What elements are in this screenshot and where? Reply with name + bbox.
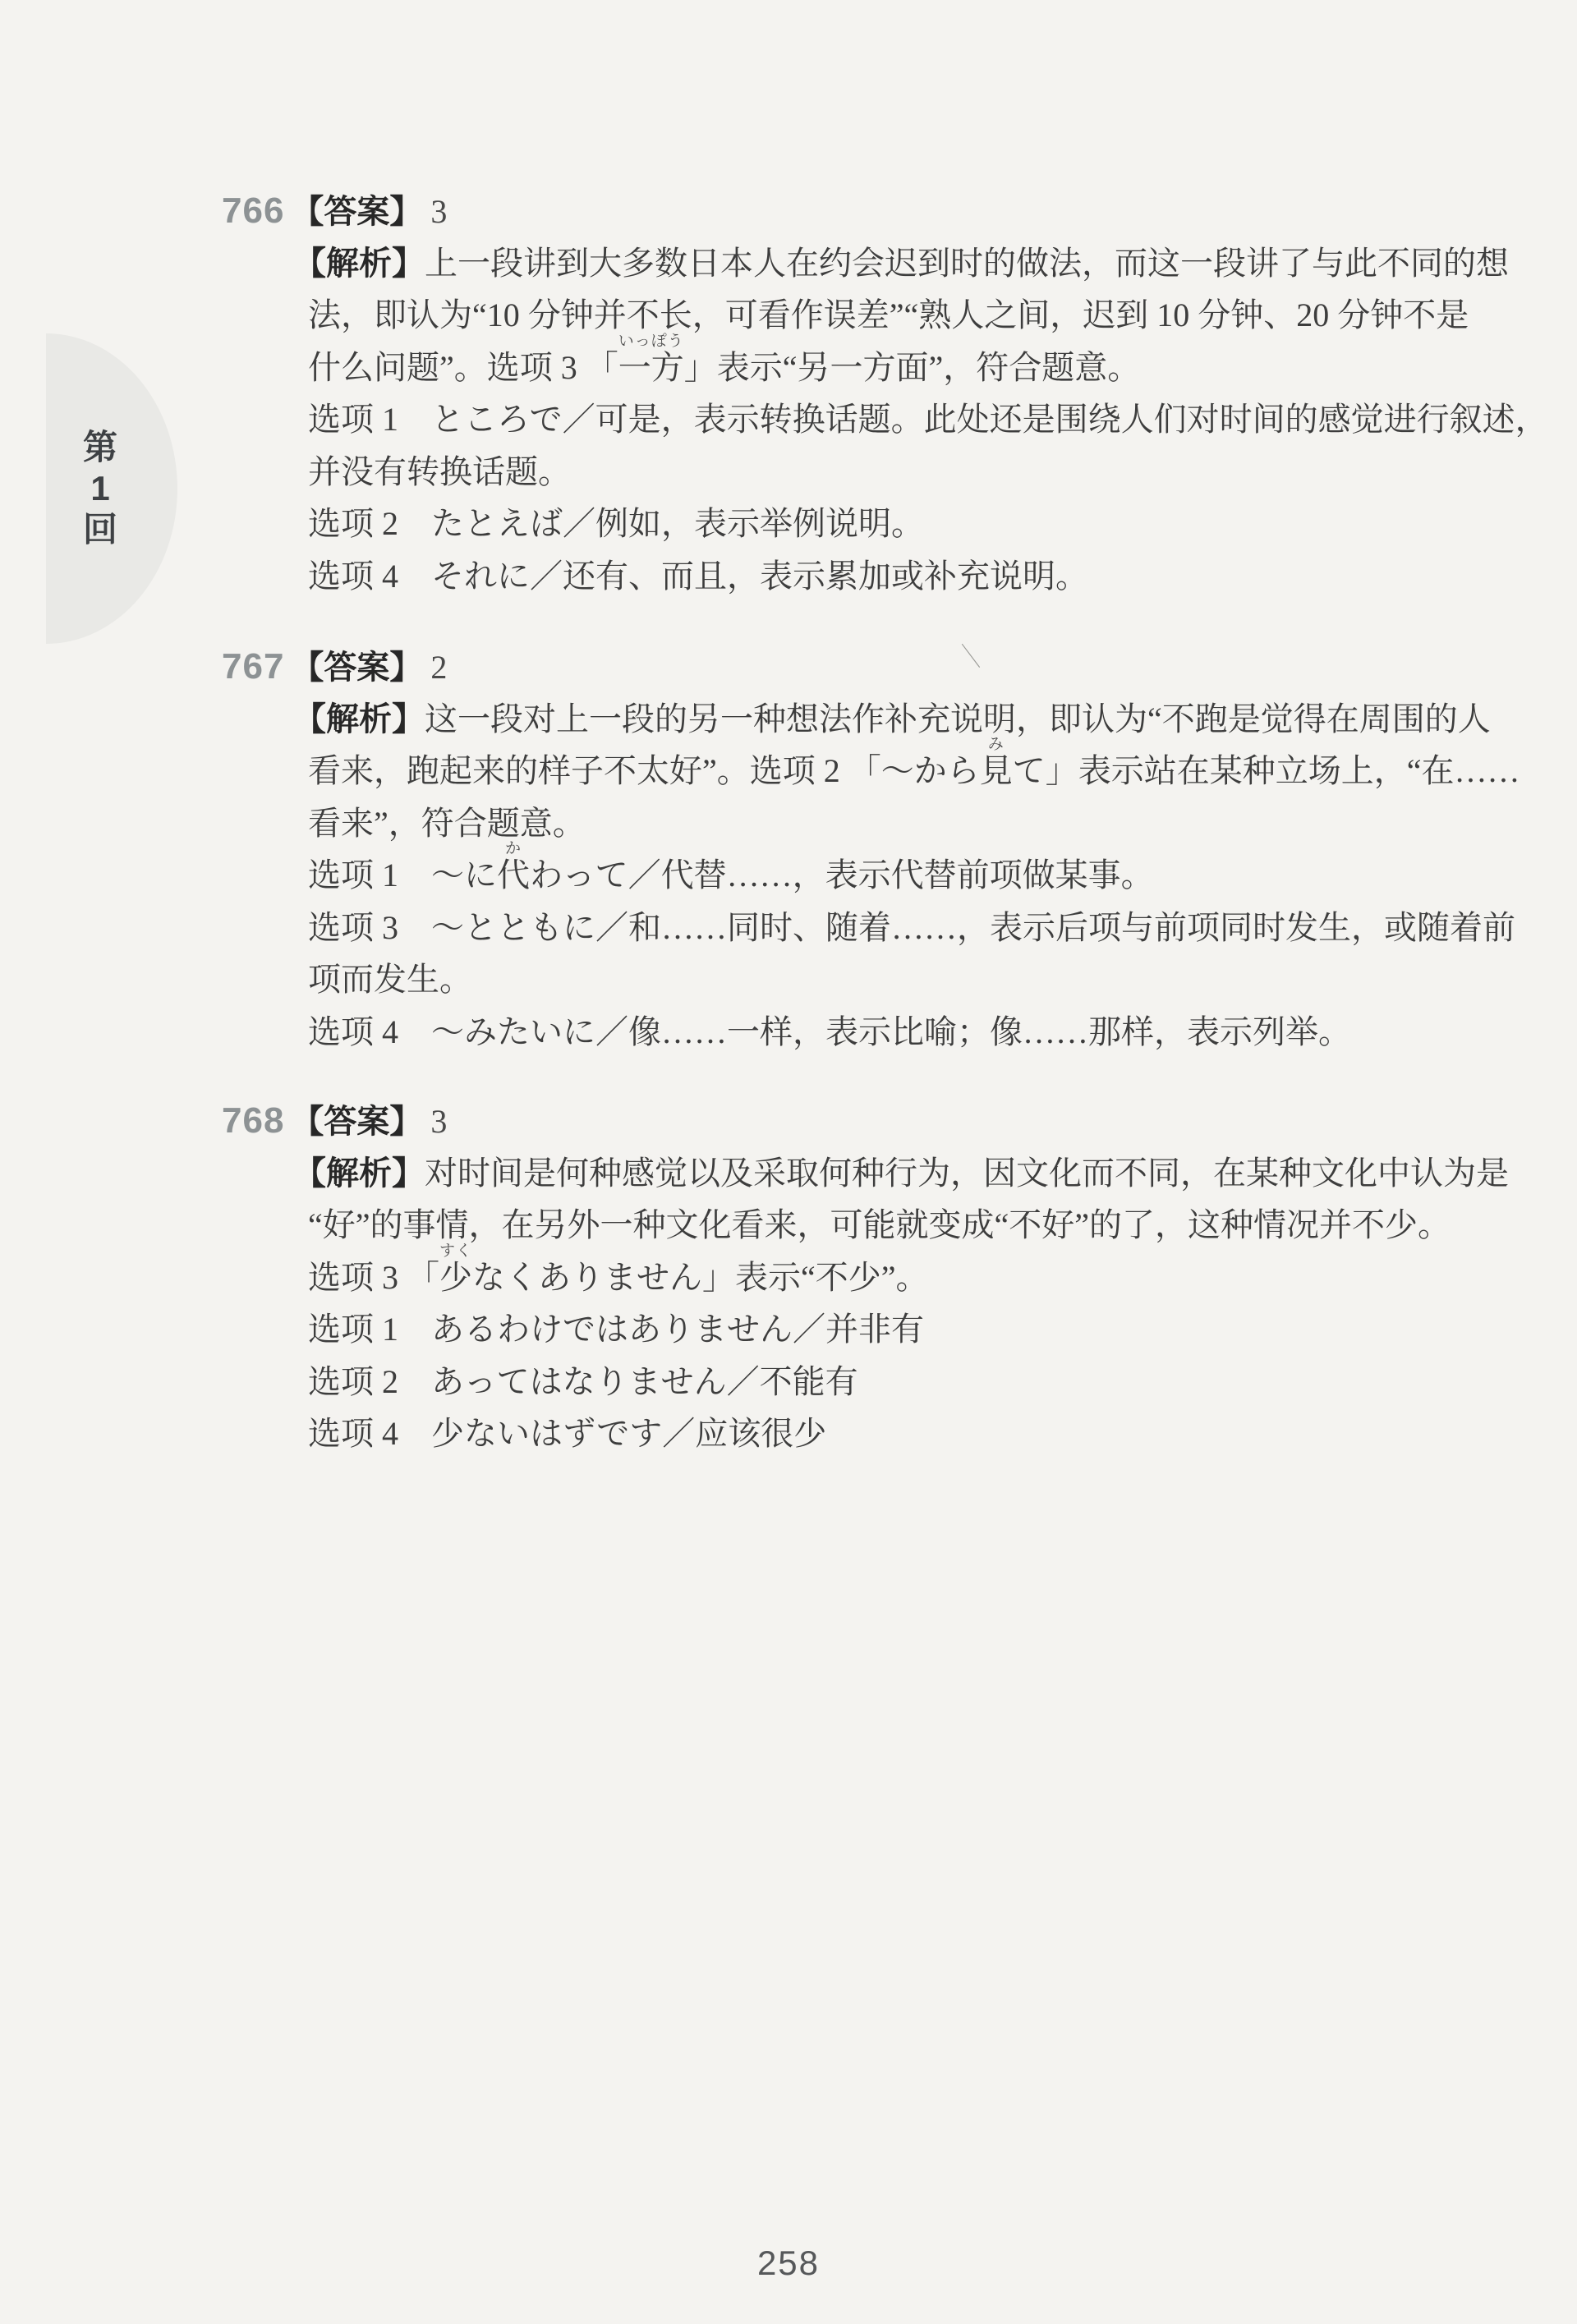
question-number: 766: [222, 191, 284, 231]
text-line: 看来，跑起来的样子不太好”。选项 2 「～から見みて」表示站在某种立场上，“在……: [308, 745, 1536, 797]
answer-value: 2: [430, 649, 447, 686]
question-block-766: 766【答案】3 【解析】上一段讲到大多数日本人在约会迟到时的做法，而这一段讲了…: [222, 185, 1536, 602]
option-line: 选项 2 あってはなりません／不能有: [308, 1356, 1536, 1408]
explanation-body: 【解析】上一段讲到大多数日本人在约会迟到时的做法，而这一段讲了与此不同的想 法，…: [308, 237, 1536, 603]
text-line: 法，即认为“10 分钟并不长，可看作误差”“熟人之间，迟到 10 分钟、20 分…: [308, 289, 1536, 342]
option-line: 选项 2 たとえば／例如，表示举例说明。: [308, 498, 1536, 550]
page-number: 258: [0, 2244, 1577, 2283]
option-line: 选项 3 「少すくなくありません」表示“不少”。: [308, 1252, 1536, 1304]
answer-row: 768【答案】3: [222, 1095, 1536, 1147]
answer-value: 3: [430, 1103, 447, 1140]
tab-char-3: 回: [83, 509, 117, 550]
text-line: 项而发生。: [308, 953, 1536, 1006]
answer-label: 【答案】: [291, 1103, 422, 1140]
explanation-body: 【解析】对时间是何种感觉以及采取何种行为，因文化而不同，在某种文化中认为是 “好…: [308, 1147, 1536, 1460]
tab-char-2: 1: [90, 468, 109, 509]
option-line: 选项 1 ～に代かわって／代替……，表示代替前项做某事。: [308, 849, 1536, 902]
question-block-768: 768【答案】3 【解析】对时间是何种感觉以及采取何种行为，因文化而不同，在某种…: [222, 1095, 1536, 1460]
answer-value: 3: [430, 193, 447, 230]
question-block-767: 767【答案】2 【解析】这一段对上一段的另一种想法作补充说明，即认为“不跑是觉…: [222, 641, 1536, 1058]
explanation-body: 【解析】这一段对上一段的另一种想法作补充说明，即认为“不跑是觉得在周围的人 看来…: [308, 693, 1536, 1059]
option-line: 选项 4 それに／还有、而且，表示累加或补充说明。: [308, 550, 1536, 603]
text-line: 看来”，符合题意。: [308, 797, 1536, 850]
option-line: 选项 4 ～みたいに／像……一样，表示比喻；像……那样，表示列举。: [308, 1006, 1536, 1059]
scanned-book-page: 第 1 回 ＼ 766【答案】3 【解析】上一段讲到大多数日本人在约会迟到时的做…: [0, 0, 1577, 2324]
analysis-line: 【解析】上一段讲到大多数日本人在约会迟到时的做法，而这一段讲了与此不同的想: [293, 237, 1536, 290]
answer-row: 766【答案】3: [222, 185, 1536, 237]
analysis-line: 【解析】这一段对上一段的另一种想法作补充说明，即认为“不跑是觉得在周围的人: [293, 693, 1536, 746]
chapter-side-tab: 第 1 回: [46, 333, 177, 644]
answer-label: 【答案】: [291, 649, 422, 686]
answer-row: 767【答案】2: [222, 641, 1536, 693]
analysis-line: 【解析】对时间是何种感觉以及采取何种行为，因文化而不同，在某种文化中认为是: [293, 1147, 1536, 1200]
text-line: 并没有转换话题。: [308, 446, 1536, 498]
question-number: 767: [222, 646, 284, 687]
option-line: 选项 1 ところで／可是，表示转换话题。此处还是围绕人们对时间的感觉进行叙述，: [308, 393, 1536, 446]
text-line: “好”的事情，在另外一种文化看来，可能就变成“不好”的了，这种情况并不少。: [308, 1199, 1536, 1252]
option-line: 选项 1 あるわけではありません／并非有: [308, 1303, 1536, 1356]
answer-label: 【答案】: [291, 193, 422, 230]
text-line: 什么问题”。选项 3 「一方いっぽう」表示“另一方面”，符合题意。: [308, 342, 1536, 394]
option-line: 选项 3 ～とともに／和……同时、随着……，表示后项与前项同时发生，或随着前: [308, 902, 1536, 954]
tab-char-1: 第: [83, 427, 117, 468]
option-line: 选项 4 少ないはずです／应该很少: [308, 1408, 1536, 1460]
question-number: 768: [222, 1100, 284, 1141]
